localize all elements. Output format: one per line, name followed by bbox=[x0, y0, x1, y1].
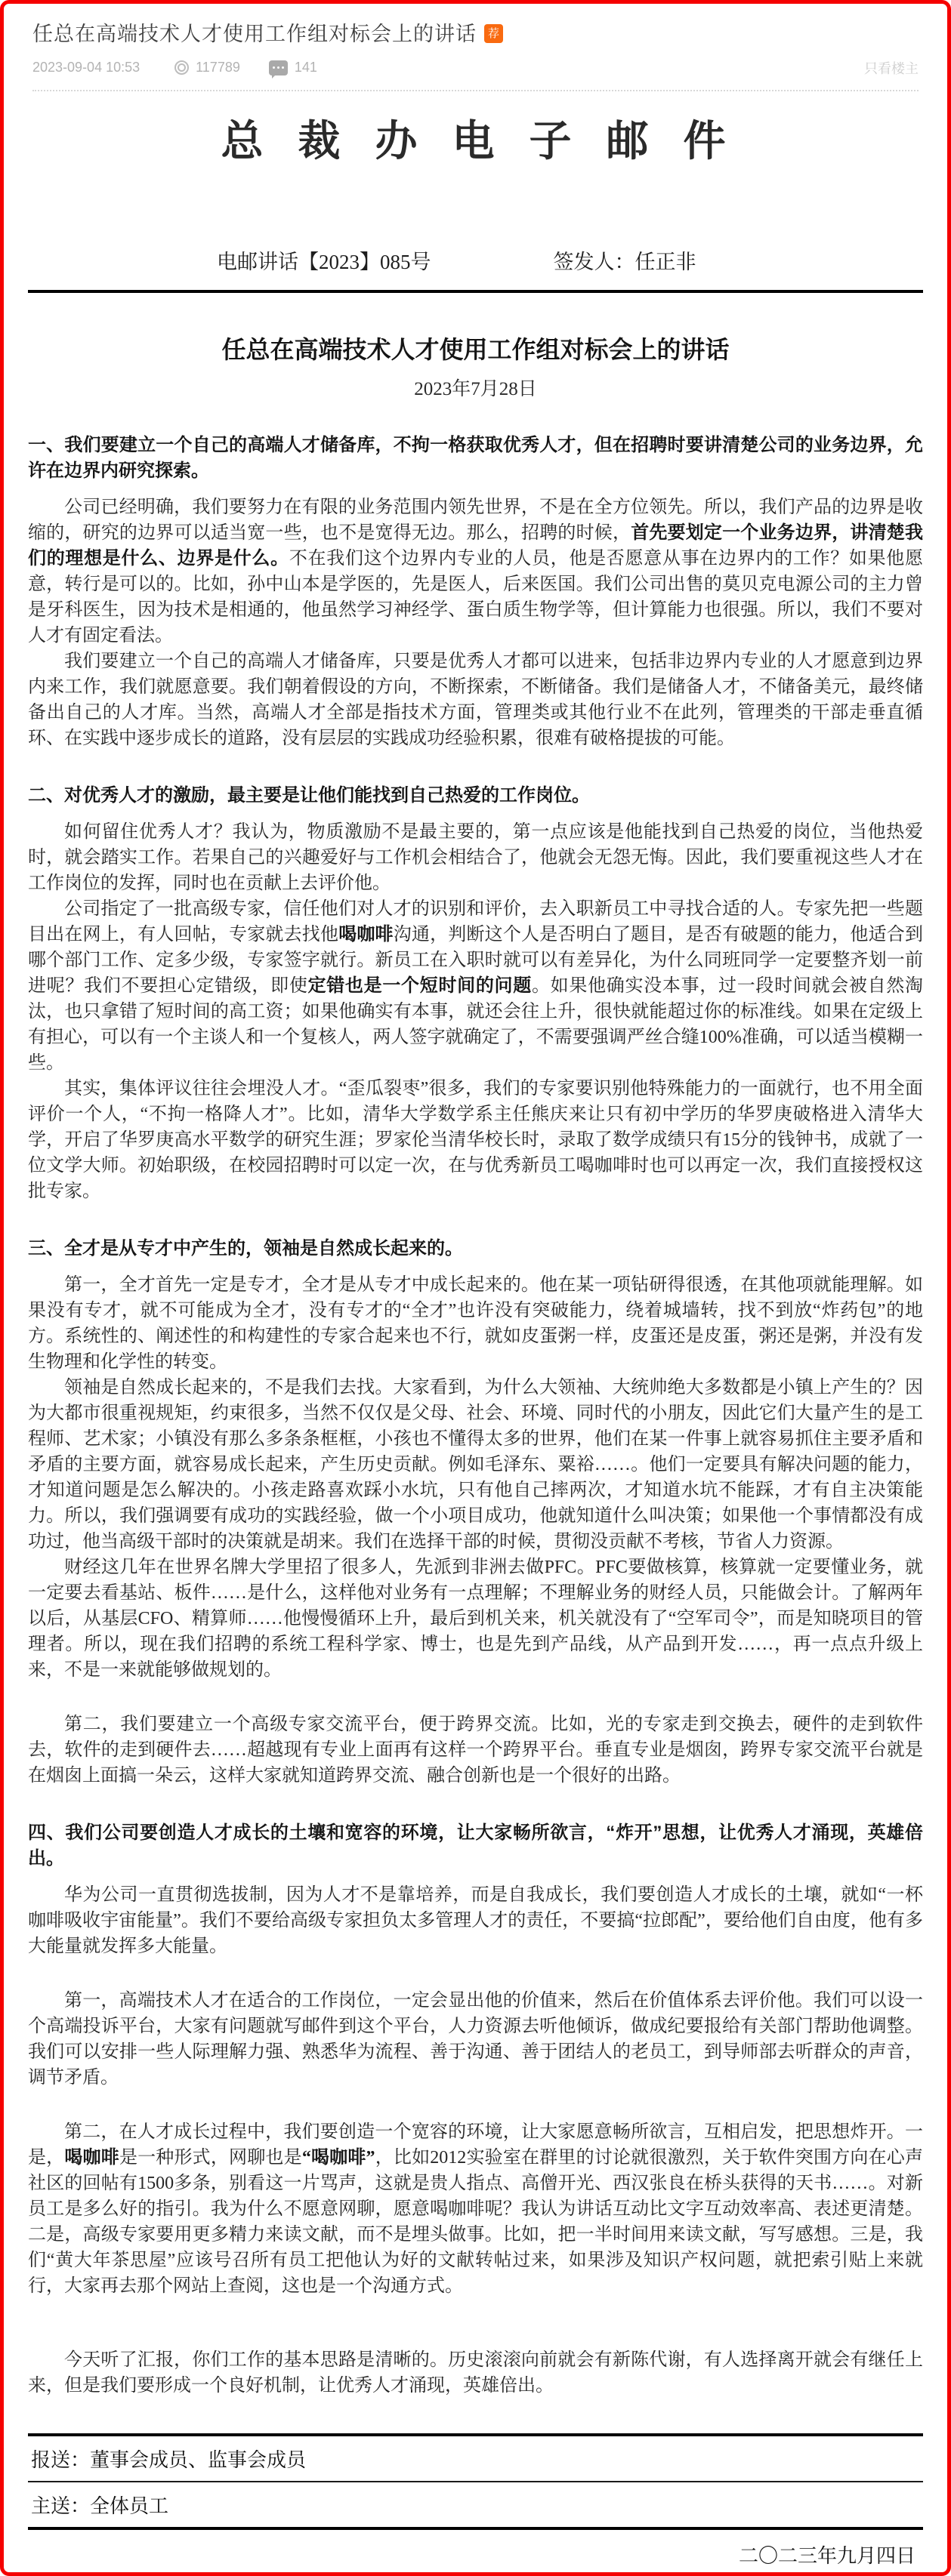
article-sections: 一、我们要建立一个自己的高端人才储备库，不拘一格获取优秀人才，但在招聘时要讲清楚… bbox=[28, 433, 923, 2399]
paragraph: 第二，我们要建立一个高级专家交流平台，便于跨界交流。比如，光的专家走到交换去，硬… bbox=[28, 1712, 923, 1789]
post-header: 任总在高端技术人才使用工作组对标会上的讲话 荐 2023-09-04 10:53… bbox=[4, 4, 947, 91]
paragraph: 我们要建立一个自己的高端人才储备库，只要是优秀人才都可以进来，包括非边界内专业的… bbox=[28, 649, 923, 751]
view-count: 117789 bbox=[174, 60, 240, 75]
email-masthead: 总 裁 办 电 子 邮 件 bbox=[28, 116, 923, 168]
comment-count-value: 141 bbox=[295, 60, 317, 75]
post-title: 任总在高端技术人才使用工作组对标会上的讲话 bbox=[32, 22, 477, 48]
comment-count[interactable]: 141 bbox=[269, 60, 317, 75]
paragraph: 第一，高端技术人才在适合的工作岗位，一定会显出他的价值来，然后在价值体系去评价他… bbox=[28, 1988, 923, 2091]
masthead-rule bbox=[28, 290, 923, 293]
post-datetime: 2023-09-04 10:53 bbox=[32, 60, 140, 75]
email-doc-number: 电邮讲话【2023】085号 bbox=[217, 245, 431, 275]
views-eye-icon bbox=[174, 60, 189, 75]
speech-title: 任总在高端技术人才使用工作组对标会上的讲话 bbox=[28, 334, 923, 366]
email-meta-row: 电邮讲话【2023】085号 签发人：任正非 bbox=[28, 245, 923, 275]
view-count-value: 117789 bbox=[196, 60, 240, 75]
header-divider bbox=[32, 90, 919, 91]
issue-date: 二〇二三年九月四日 bbox=[28, 2530, 923, 2568]
email-document: 总 裁 办 电 子 邮 件 电邮讲话【2023】085号 签发人：任正非 任总在… bbox=[4, 116, 947, 2568]
speech-date: 2023年7月28日 bbox=[28, 374, 923, 401]
paragraph: 公司指定了一批高级专家，信任他们对人才的识别和评价，去入职新员工中寻找合适的人。… bbox=[28, 896, 923, 1076]
post-meta-row: 2023-09-04 10:53 117789 141 只看楼主 bbox=[32, 58, 919, 78]
paragraph: 今天听了汇报，你们工作的基本思路是清晰的。历史滚滚向前就会有新陈代谢，有人选择离… bbox=[28, 2347, 923, 2399]
section-heading: 二、对优秀人才的激励，最主要是让他们能找到自己热爱的工作岗位。 bbox=[28, 783, 923, 809]
paragraph: 第二，在人才成长过程中，我们要创造一个宽容的环境，让大家愿意畅所欲言，互相启发，… bbox=[28, 2119, 923, 2299]
paragraph: 其实，集体评议往往会埋没人才。“歪瓜裂枣”很多，我们的专家要识别他特殊能力的一面… bbox=[28, 1076, 923, 1204]
post-title-row: 任总在高端技术人才使用工作组对标会上的讲话 荐 bbox=[32, 22, 919, 48]
section-heading: 一、我们要建立一个自己的高端人才储备库，不拘一格获取优秀人才，但在招聘时要讲清楚… bbox=[28, 433, 923, 484]
send-to-line: 主送：全体员工 bbox=[28, 2482, 923, 2527]
comment-bubble-icon bbox=[269, 60, 288, 75]
paragraph: 第一，全才首先一定是专才，全才是从专才中成长起来的。他在某一项钻研得很透，在其他… bbox=[28, 1272, 923, 1375]
paragraph: 华为公司一直贯彻选拔制，因为人才不是靠培养，而是自我成长，我们要创造人才成长的土… bbox=[28, 1882, 923, 1959]
only-author-button[interactable]: 只看楼主 bbox=[864, 58, 919, 78]
paragraph: 公司已经明确，我们要努力在有限的业务范围内领先世界，不是在全方位领先。所以，我们… bbox=[28, 495, 923, 649]
email-signer: 签发人：任正非 bbox=[554, 245, 696, 275]
section-heading: 四、我们公司要创造人才成长的土壤和宽容的环境，让大家畅所欲言，“炸开”思想，让优… bbox=[28, 1820, 923, 1872]
paragraph: 如何留住优秀人才？我认为，物质激励不是最主要的，第一点应该是他能找到自己热爱的岗… bbox=[28, 819, 923, 896]
recommended-badge: 荐 bbox=[484, 24, 503, 43]
section-heading: 三、全才是从专才中产生的，领袖是自然成长起来的。 bbox=[28, 1236, 923, 1262]
email-footer: 报送：董事会成员、监事会成员 主送：全体员工 二〇二三年九月四日 bbox=[28, 2433, 923, 2568]
paragraph: 领袖是自然成长起来的，不是我们去找。大家看到，为什么大领袖、大统帅绝大多数都是小… bbox=[28, 1375, 923, 1555]
paragraph: 财经这几年在世界名牌大学里招了很多人，先派到非洲去做PFC。PFC要做核算，核算… bbox=[28, 1555, 923, 1683]
forum-post-page: 任总在高端技术人才使用工作组对标会上的讲话 荐 2023-09-04 10:53… bbox=[0, 0, 951, 2576]
report-to-line: 报送：董事会成员、监事会成员 bbox=[28, 2436, 923, 2481]
